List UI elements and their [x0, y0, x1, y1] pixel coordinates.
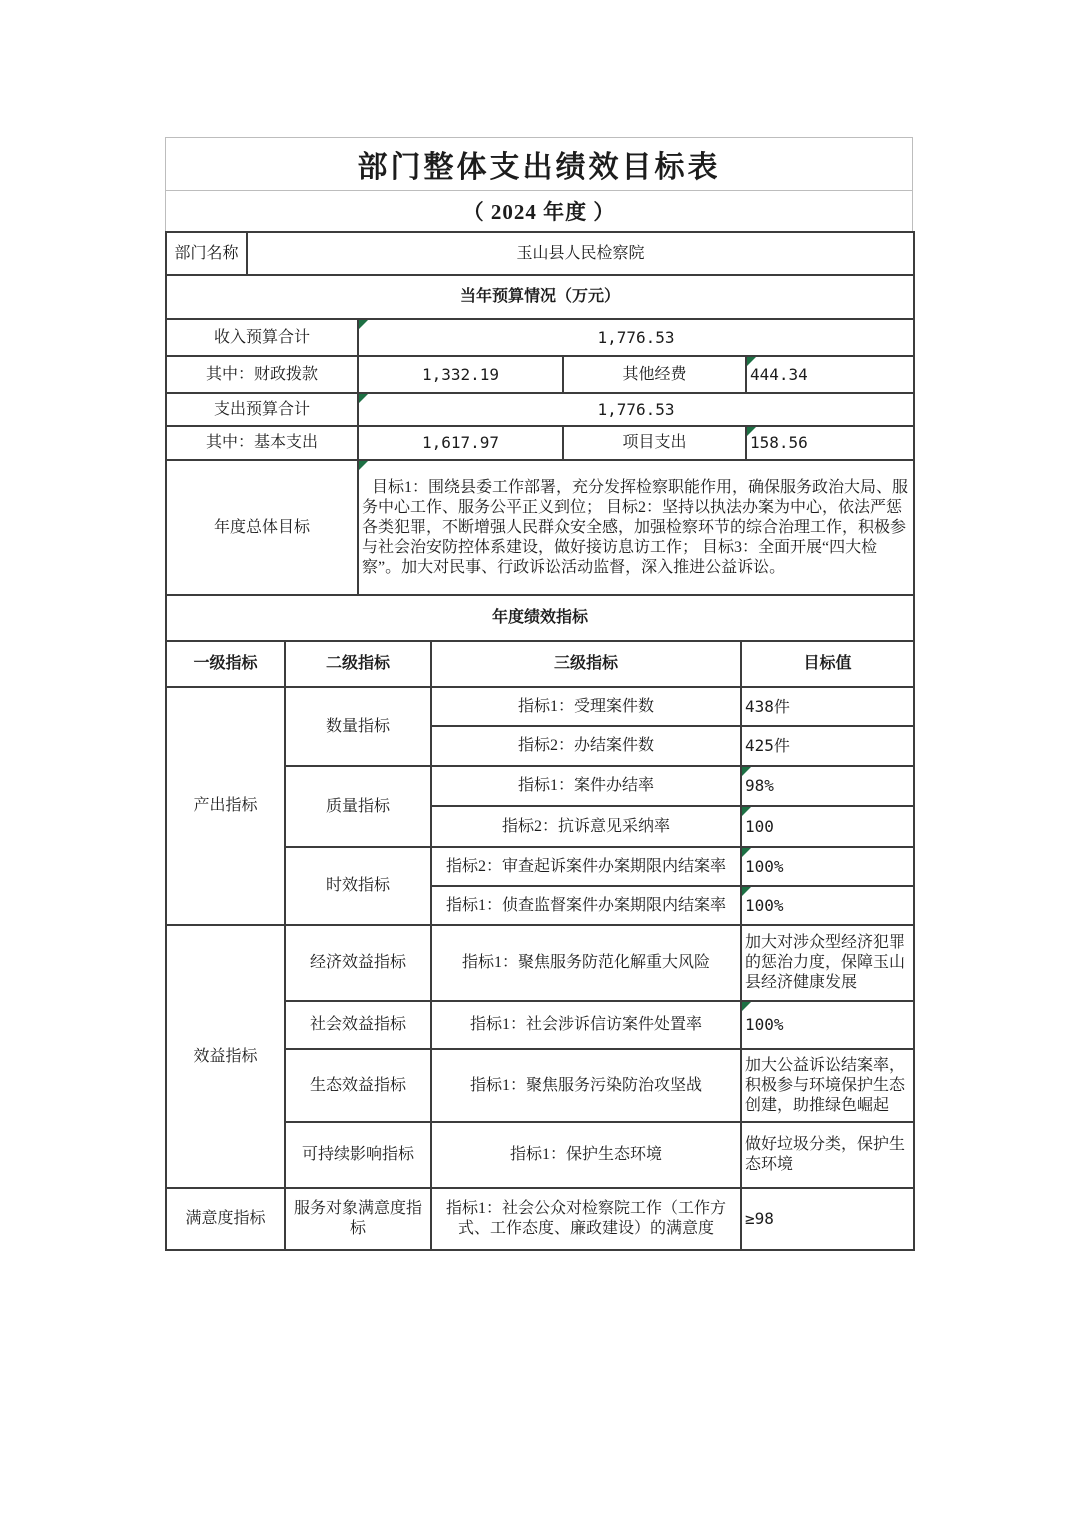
table-row: 其中：基本支出 1,617.97 项目支出 158.56: [166, 426, 914, 460]
l3-indicator-cell: 指标1：侦查监督案件办案期限内结案率: [431, 886, 741, 925]
target-value-cell: 438件: [741, 687, 914, 726]
table-row: 产出指标 数量指标 指标1：受理案件数 438件: [166, 687, 914, 726]
table-row: 年度绩效指标: [166, 595, 914, 641]
annual-goal-text-cell: 目标1：围绕县委工作部署，充分发挥检察职能作用，确保服务政治大局、服务中心工作、…: [358, 460, 914, 595]
l2-timeliness-cell: 时效指标: [285, 847, 431, 925]
table-row: 当年预算情况（万元）: [166, 275, 914, 319]
header-level3-cell: 三级指标: [431, 641, 741, 687]
table-row: 部门名称 玉山县人民检察院: [166, 232, 914, 275]
l3-indicator-cell: 指标2：审查起诉案件办案期限内结案率: [431, 847, 741, 886]
green-triangle-icon: [742, 767, 751, 776]
l2-economic-cell: 经济效益指标: [285, 925, 431, 1001]
income-total-value: 1,776.53: [597, 328, 674, 347]
table-row: 年度总体目标 目标1：围绕县委工作部署，充分发挥检察职能作用，确保服务政治大局、…: [166, 460, 914, 595]
fiscal-label-cell: 其中：财政拨款: [166, 356, 358, 393]
l1-satisfaction-cell: 满意度指标: [166, 1188, 285, 1250]
perf-section-title-cell: 年度绩效指标: [166, 595, 914, 641]
subtitle-row: （ 2024 年度 ）: [166, 191, 912, 231]
page-title: 部门整体支出绩效目标表: [358, 142, 721, 186]
l2-service-satisfaction-cell: 服务对象满意度指标: [285, 1188, 431, 1250]
target-value-cell: 做好垃圾分类，保护生态环境: [741, 1122, 914, 1188]
project-expense-value: 158.56: [750, 433, 808, 452]
l3-indicator-cell: 指标1：聚焦服务防范化解重大风险: [431, 925, 741, 1001]
table-row: 收入预算合计 1,776.53: [166, 319, 914, 356]
l3-indicator-cell: 指标1：社会涉诉信访案件处置率: [431, 1001, 741, 1049]
l3-indicator-cell: 指标1：社会公众对检察院工作（工作方式、工作态度、廉政建设）的满意度: [431, 1188, 741, 1250]
target-value-cell: 100%: [741, 847, 914, 886]
l1-output-cell: 产出指标: [166, 687, 285, 925]
project-expense-label-cell: 项目支出: [563, 426, 746, 460]
l3-indicator-cell: 指标1：受理案件数: [431, 687, 741, 726]
l2-quantity-cell: 数量指标: [285, 687, 431, 766]
target-value-cell: 加大公益诉讼结案率，积极参与环境保护生态创建，助推绿色崛起: [741, 1049, 914, 1122]
other-funds-label-cell: 其他经费: [563, 356, 746, 393]
l3-indicator-cell: 指标2：抗诉意见采纳率: [431, 806, 741, 847]
l2-ecological-cell: 生态效益指标: [285, 1049, 431, 1122]
fiscal-value-cell: 1,332.19: [358, 356, 563, 393]
green-triangle-icon: [742, 887, 751, 896]
green-triangle-icon: [742, 807, 751, 816]
expense-total-label-cell: 支出预算合计: [166, 393, 358, 426]
green-triangle-icon: [742, 848, 751, 857]
performance-target-document: 部门整体支出绩效目标表 （ 2024 年度 ） 部门名称 玉山县人民检察院 当年…: [165, 137, 913, 1251]
target-value: 100%: [745, 857, 784, 876]
table-row: 效益指标 经济效益指标 指标1：聚焦服务防范化解重大风险 加大对涉众型经济犯罪的…: [166, 925, 914, 1001]
income-total-value-cell: 1,776.53: [358, 319, 914, 356]
target-value-cell: 加大对涉众型经济犯罪的惩治力度，保障玉山县经济健康发展: [741, 925, 914, 1001]
header-level1-cell: 一级指标: [166, 641, 285, 687]
table-row: 支出预算合计 1,776.53: [166, 393, 914, 426]
target-value-cell: 100%: [741, 886, 914, 925]
table-row: 其中：财政拨款 1,332.19 其他经费 444.34: [166, 356, 914, 393]
target-value-cell: 100%: [741, 1001, 914, 1049]
expense-total-value: 1,776.53: [597, 400, 674, 419]
dept-name-value-cell: 玉山县人民检察院: [247, 232, 914, 275]
project-expense-value-cell: 158.56: [746, 426, 914, 460]
dept-name-label-cell: 部门名称: [166, 232, 247, 275]
target-value: 100%: [745, 896, 784, 915]
header-level2-cell: 二级指标: [285, 641, 431, 687]
green-triangle-icon: [747, 357, 756, 366]
page-subtitle: （ 2024 年度 ）: [463, 196, 616, 226]
green-triangle-icon: [359, 394, 368, 403]
l2-sustainable-cell: 可持续影响指标: [285, 1122, 431, 1188]
l3-indicator-cell: 指标1：案件办结率: [431, 766, 741, 806]
l2-quality-cell: 质量指标: [285, 766, 431, 847]
green-triangle-icon: [359, 320, 368, 329]
target-value: 100%: [745, 1015, 784, 1034]
income-total-label-cell: 收入预算合计: [166, 319, 358, 356]
target-value: 100: [745, 817, 774, 836]
annual-goal-text: 目标1：围绕县委工作部署，充分发挥检察职能作用，确保服务政治大局、服务中心工作、…: [362, 479, 908, 576]
target-value-cell: 100: [741, 806, 914, 847]
green-triangle-icon: [742, 1002, 751, 1011]
basic-expense-label-cell: 其中：基本支出: [166, 426, 358, 460]
green-triangle-icon: [747, 427, 756, 436]
basic-expense-value-cell: 1,617.97: [358, 426, 563, 460]
table-header-row: 一级指标 二级指标 三级指标 目标值: [166, 641, 914, 687]
indicators-table: 一级指标 二级指标 三级指标 目标值 产出指标 数量指标 指标1：受理案件数 4…: [165, 640, 915, 1251]
target-value: 98%: [745, 776, 774, 795]
target-value-cell: 425件: [741, 726, 914, 766]
l3-indicator-cell: 指标1：聚焦服务污染防治攻坚战: [431, 1049, 741, 1122]
expense-total-value-cell: 1,776.53: [358, 393, 914, 426]
budget-table: 部门名称 玉山县人民检察院 当年预算情况（万元） 收入预算合计 1,776.53…: [165, 231, 915, 642]
annual-goal-label-cell: 年度总体目标: [166, 460, 358, 595]
other-funds-value: 444.34: [750, 365, 808, 384]
header-target-cell: 目标值: [741, 641, 914, 687]
l1-benefit-cell: 效益指标: [166, 925, 285, 1188]
budget-section-title-cell: 当年预算情况（万元）: [166, 275, 914, 319]
l3-indicator-cell: 指标2：办结案件数: [431, 726, 741, 766]
table-row: 满意度指标 服务对象满意度指标 指标1：社会公众对检察院工作（工作方式、工作态度…: [166, 1188, 914, 1250]
target-value-cell: 98%: [741, 766, 914, 806]
target-value-cell: ≥98: [741, 1188, 914, 1250]
title-row: 部门整体支出绩效目标表: [166, 138, 912, 191]
other-funds-value-cell: 444.34: [746, 356, 914, 393]
title-block: 部门整体支出绩效目标表 （ 2024 年度 ）: [165, 137, 913, 231]
l3-indicator-cell: 指标1：保护生态环境: [431, 1122, 741, 1188]
l2-social-cell: 社会效益指标: [285, 1001, 431, 1049]
green-triangle-icon: [359, 461, 368, 470]
